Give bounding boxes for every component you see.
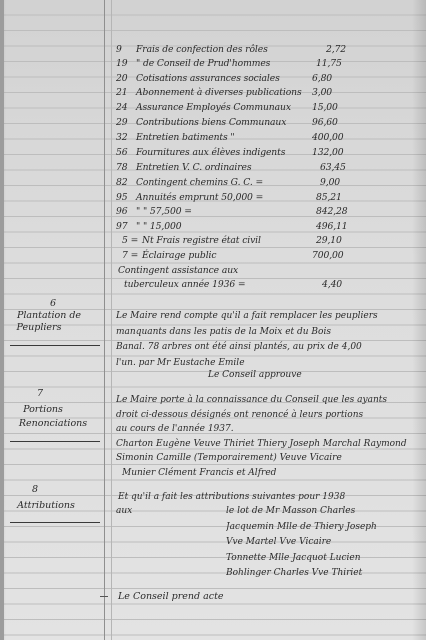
section-title-line: Attributions	[6, 500, 86, 512]
register-page: 9Frais de confection des rôles2,72 19" d…	[0, 0, 426, 640]
ledger-row: 56Fournitures aux élèves indigents132,00	[116, 147, 416, 159]
row-label: Annuités emprunt 50,000 =	[136, 192, 263, 204]
section-title-line: Peupliers	[4, 322, 74, 334]
body-line: l'un. par Mr Eustache Emile	[116, 356, 420, 372]
row-label: Fournitures aux élèves indigents	[136, 147, 285, 159]
council-acknowledgement: Le Conseil prend acte	[118, 591, 224, 602]
council-approval: Le Conseil approuve	[208, 370, 302, 380]
row-number: 96	[116, 206, 128, 218]
row-label: Nt Frais registre état civil	[142, 235, 261, 247]
section-body: Le Maire porte à la connaissance du Cons…	[116, 393, 420, 480]
row-label: " " 15,000	[136, 221, 181, 233]
margin-dash	[100, 596, 108, 597]
ledger-row: tuberculeux année 1936 =4,40	[116, 279, 416, 291]
recipient: Vve Martel Vve Vicaire	[226, 535, 420, 551]
section-title-line: Portions	[8, 404, 78, 416]
body-line: au cours de l'année 1937.	[116, 422, 420, 437]
row-number: 32	[116, 132, 128, 144]
row-amount: 400,00	[312, 132, 344, 144]
row-amount: 9,00	[320, 177, 340, 189]
recipient: le lot de Mr Masson Charles	[226, 504, 420, 520]
row-number: 78	[116, 162, 128, 174]
section-marker: 8	[20, 484, 50, 496]
section-underline	[10, 345, 100, 346]
row-amount: 2,72	[326, 44, 346, 56]
row-label: Contingent assistance aux	[118, 265, 238, 277]
row-amount: 96,60	[312, 117, 338, 129]
row-number: 5 =	[122, 235, 138, 247]
row-label: Frais de confection des rôles	[136, 44, 268, 56]
row-amount: 63,45	[320, 162, 346, 174]
body-line: Munier Clément Francis et Alfred	[116, 466, 420, 481]
ledger-row: 97 " " 15,000496,11	[116, 221, 416, 233]
row-number: 95	[116, 192, 128, 204]
ledger-row: 78Entretien V. C. ordinaires63,45	[116, 162, 416, 174]
body-line: droit ci-dessous désignés ont renoncé à …	[116, 408, 420, 423]
section-underline	[10, 522, 100, 523]
recipient: Tonnette Mlle Jacquot Lucien	[226, 551, 420, 567]
recipient-list: le lot de Mr Masson Charles Jacquemin Ml…	[226, 504, 420, 582]
row-number: 7 =	[122, 250, 138, 262]
section-underline	[10, 441, 100, 442]
ledger-row: 95Annuités emprunt 50,000 =85,21	[116, 192, 416, 204]
section-title-line: Renonciations	[8, 418, 98, 430]
row-number: 20	[116, 73, 128, 85]
row-amount: 700,00	[312, 250, 344, 262]
margin-rule	[104, 0, 105, 640]
row-label: Contributions biens Communaux	[136, 117, 286, 129]
section-marker: 7	[20, 388, 60, 400]
body-line: Banal. 78 arbres ont été ainsi plantés, …	[116, 340, 420, 356]
row-amount: 29,10	[316, 235, 342, 247]
row-label: tuberculeux année 1936 =	[124, 279, 245, 291]
ledger-row: 82Contingent chemins G. C. =9,00	[116, 177, 416, 189]
row-amount: 15,00	[312, 102, 338, 114]
body-line: Le Maire porte à la connaissance du Cons…	[116, 393, 420, 408]
row-amount: 3,00	[312, 87, 332, 99]
recipient: Jacquemin Mlle de Thiery Joseph	[226, 520, 420, 536]
ledger-row: 19" de Conseil de Prud'hommes11,75	[116, 58, 416, 70]
row-label: Entretien batiments "	[136, 132, 235, 144]
row-amount: 842,28	[316, 206, 348, 218]
ledger-row: 20Cotisations assurances sociales6,80	[116, 73, 416, 85]
row-number: 24	[116, 102, 128, 114]
body-line: Simonin Camille (Temporairement) Veuve V…	[116, 451, 420, 466]
row-number: 82	[116, 177, 128, 189]
row-label: Abonnement à diverses publications	[136, 87, 302, 99]
row-amount: 11,75	[316, 58, 342, 70]
section-title-line: Plantation de	[4, 310, 94, 322]
row-number: 56	[116, 147, 128, 159]
row-number: 9	[116, 44, 122, 56]
row-number: 29	[116, 117, 128, 129]
body-line: Et qu'il a fait les attributions suivant…	[116, 490, 420, 504]
row-label: Éclairage public	[142, 250, 216, 262]
ledger-row: 96 " " 57,500 =842,28	[116, 206, 416, 218]
row-number: 19	[116, 58, 128, 70]
row-label: Contingent chemins G. C. =	[136, 177, 263, 189]
margin-rule-secondary	[111, 0, 112, 640]
body-line: manquants dans les patis de la Moix et d…	[116, 325, 420, 341]
ledger-row: 24Assurance Employés Communaux15,00	[116, 102, 416, 114]
recipient: Bohlinger Charles Vve Thiriet	[226, 566, 420, 582]
section-body: Le Maire rend compte qu'il a fait rempla…	[116, 309, 420, 371]
row-number: 97	[116, 221, 128, 233]
ledger-row: 9Frais de confection des rôles2,72	[116, 44, 416, 56]
ledger-row: 29Contributions biens Communaux96,60	[116, 117, 416, 129]
row-amount: 496,11	[316, 221, 348, 233]
body-line: Charton Eugène Veuve Thiriet Thiery Jose…	[116, 437, 420, 452]
row-label: " de Conseil de Prud'hommes	[136, 58, 270, 70]
row-amount: 132,00	[312, 147, 344, 159]
ledger-row: 7 =Éclairage public700,00	[116, 250, 416, 262]
row-amount: 85,21	[316, 192, 342, 204]
ledger-row: Contingent assistance aux	[116, 265, 416, 277]
row-amount: 4,40	[322, 279, 342, 291]
row-label: " " 57,500 =	[136, 206, 192, 218]
ledger-row: 21Abonnement à diverses publications3,00	[116, 87, 416, 99]
body-line: Le Maire rend compte qu'il a fait rempla…	[116, 309, 420, 325]
ledger-row: 32Entretien batiments "400,00	[116, 132, 416, 144]
row-amount: 6,80	[312, 73, 332, 85]
row-label: Assurance Employés Communaux	[136, 102, 291, 114]
section-marker: 6	[8, 298, 98, 310]
row-label: Entretien V. C. ordinaires	[136, 162, 251, 174]
row-number: 21	[116, 87, 128, 99]
row-label: Cotisations assurances sociales	[136, 73, 280, 85]
ledger-row: 5 =Nt Frais registre état civil29,10	[116, 235, 416, 247]
